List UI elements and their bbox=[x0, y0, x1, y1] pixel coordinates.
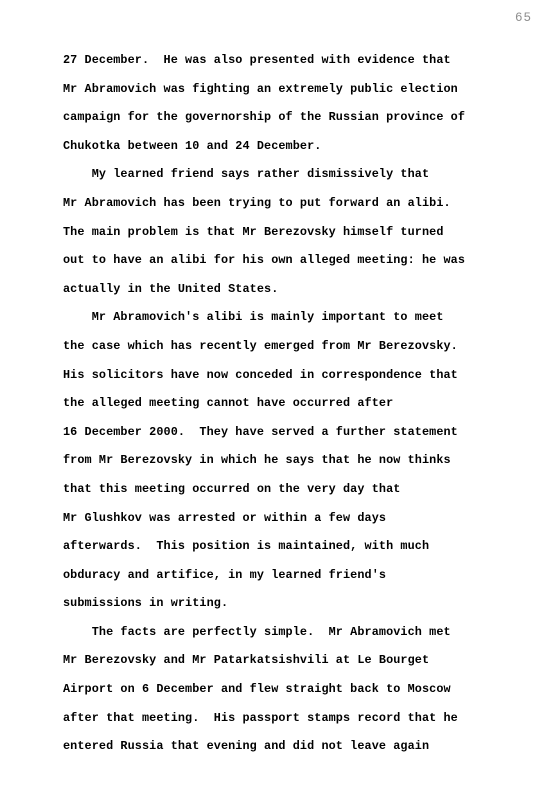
text-line: actually in the United States. bbox=[63, 275, 538, 304]
document-page: 65 27 December. He was also presented wi… bbox=[0, 0, 558, 789]
text-line: Chukotka between 10 and 24 December. bbox=[63, 132, 538, 161]
text-line: The facts are perfectly simple. Mr Abram… bbox=[63, 618, 538, 647]
text-line: the alleged meeting cannot have occurred… bbox=[63, 389, 538, 418]
text-line: Mr Glushkov was arrested or within a few… bbox=[63, 504, 538, 533]
text-line: Airport on 6 December and flew straight … bbox=[63, 675, 538, 704]
text-line: entered Russia that evening and did not … bbox=[63, 732, 538, 761]
page-number: 65 bbox=[515, 11, 532, 25]
transcript-text: 27 December. He was also presented with … bbox=[63, 46, 538, 761]
text-line: the case which has recently emerged from… bbox=[63, 332, 538, 361]
text-line: afterwards. This position is maintained,… bbox=[63, 532, 538, 561]
text-line: 16 December 2000. They have served a fur… bbox=[63, 418, 538, 447]
text-line: The main problem is that Mr Berezovsky h… bbox=[63, 218, 538, 247]
text-line: Mr Abramovich was fighting an extremely … bbox=[63, 75, 538, 104]
text-line: Mr Abramovich's alibi is mainly importan… bbox=[63, 303, 538, 332]
text-line: out to have an alibi for his own alleged… bbox=[63, 246, 538, 275]
text-line: from Mr Berezovsky in which he says that… bbox=[63, 446, 538, 475]
text-line: Mr Abramovich has been trying to put for… bbox=[63, 189, 538, 218]
text-line: My learned friend says rather dismissive… bbox=[63, 160, 538, 189]
text-line: His solicitors have now conceded in corr… bbox=[63, 361, 538, 390]
text-line: campaign for the governorship of the Rus… bbox=[63, 103, 538, 132]
text-line: after that meeting. His passport stamps … bbox=[63, 704, 538, 733]
text-line: that this meeting occurred on the very d… bbox=[63, 475, 538, 504]
text-line: submissions in writing. bbox=[63, 589, 538, 618]
text-line: 27 December. He was also presented with … bbox=[63, 46, 538, 75]
text-line: Mr Berezovsky and Mr Patarkatsishvili at… bbox=[63, 646, 538, 675]
text-line: obduracy and artifice, in my learned fri… bbox=[63, 561, 538, 590]
